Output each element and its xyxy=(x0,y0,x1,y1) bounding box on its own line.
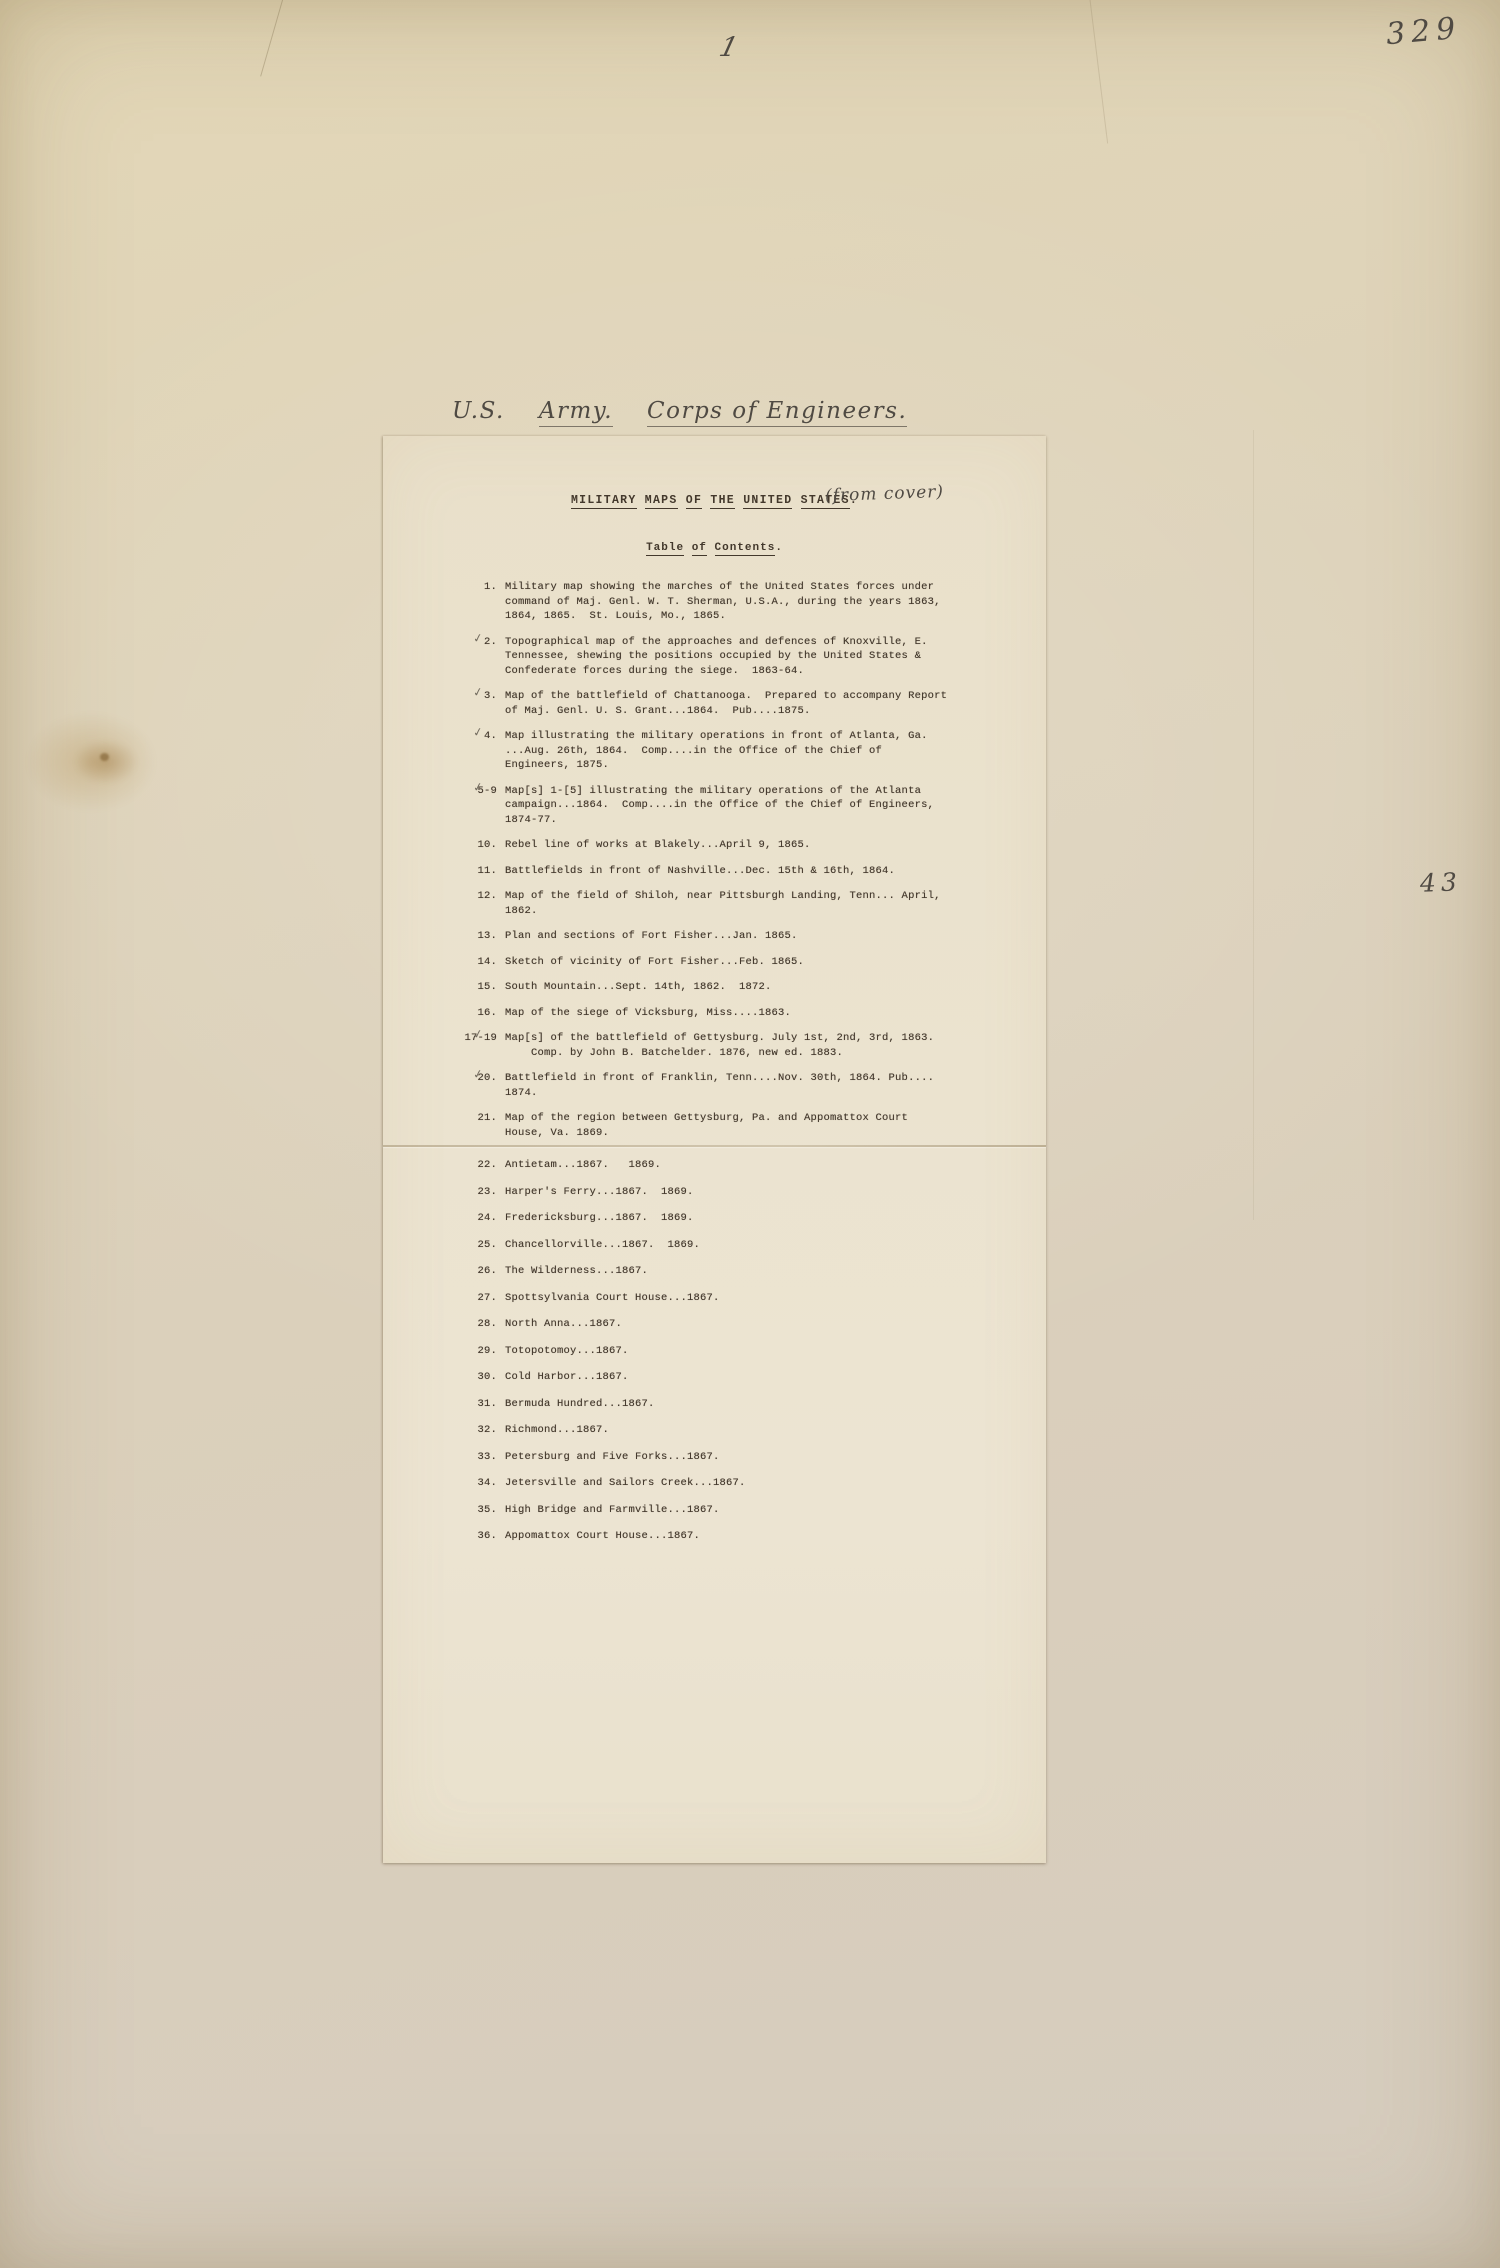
entry-text: Bermuda Hundred...1867. xyxy=(505,1397,655,1412)
entry-text: Battlefields in front of Nashville...Dec… xyxy=(505,864,895,879)
entry-number: 27. xyxy=(455,1291,505,1306)
paper-crease xyxy=(260,0,285,76)
handwritten-army: Army. xyxy=(539,398,613,427)
toc-entry: 21.Map of the region between Gettysburg,… xyxy=(455,1111,1015,1140)
toc-entry: 23.Harper's Ferry...1867. 1869. xyxy=(455,1185,1015,1200)
entry-number: 25. xyxy=(455,1238,505,1253)
underlined-word: MILITARY xyxy=(571,494,637,509)
entry-text: North Anna...1867. xyxy=(505,1317,622,1332)
toc-entry: 10.Rebel line of works at Blakely...Apri… xyxy=(455,838,1015,853)
entry-number: 11. xyxy=(455,864,505,879)
toc-entry: ✓5-9Map[s] 1-[5] illustrating the milita… xyxy=(455,784,1015,828)
entry-text: Battlefield in front of Franklin, Tenn..… xyxy=(505,1071,934,1100)
underlined-word: OF xyxy=(686,494,702,509)
entry-text: Sketch of vicinity of Fort Fisher...Feb.… xyxy=(505,955,804,970)
checkmark-icon: ✓ xyxy=(472,1066,484,1082)
handwritten-corps: Corps of Engineers. xyxy=(647,398,907,427)
toc-entry: 36.Appomattox Court House...1867. xyxy=(455,1529,1015,1544)
entry-text: Map of the siege of Vicksburg, Miss....1… xyxy=(505,1006,791,1021)
handwritten-corner-number: 329 xyxy=(1385,11,1463,52)
entry-text: Fredericksburg...1867. 1869. xyxy=(505,1211,694,1226)
paper-stain xyxy=(100,753,109,761)
checkmark-icon: ✓ xyxy=(472,1026,484,1042)
toc-entry: ✓20.Battlefield in front of Franklin, Te… xyxy=(455,1071,1015,1100)
toc-entry: 22.Antietam...1867. 1869. xyxy=(455,1158,1015,1173)
title-note: (from cover) xyxy=(825,482,945,506)
entry-number: 15. xyxy=(455,980,505,995)
paper-crease xyxy=(1253,430,1254,1220)
pasted-sheet: MILITARY MAPS OF THE UNITED STATES. (fro… xyxy=(383,436,1046,1863)
checkmark-icon: ✓ xyxy=(472,724,484,740)
checkmark-icon: ✓ xyxy=(472,684,484,700)
toc-entry: 27.Spottsylvania Court House...1867. xyxy=(455,1291,1015,1306)
entry-text: Appomattox Court House...1867. xyxy=(505,1529,700,1544)
entry-text: Totopotomoy...1867. xyxy=(505,1344,629,1359)
toc-entry: 33.Petersburg and Five Forks...1867. xyxy=(455,1450,1015,1465)
entry-number: 12. xyxy=(455,889,505,918)
toc-entry: 34.Jetersville and Sailors Creek...1867. xyxy=(455,1476,1015,1491)
entry-number: 23. xyxy=(455,1185,505,1200)
entry-number: 35. xyxy=(455,1503,505,1518)
checkmark-icon: ✓ xyxy=(472,779,484,795)
underlined-word: of xyxy=(692,542,707,556)
toc-entry: 30.Cold Harbor...1867. xyxy=(455,1370,1015,1385)
toc-entry: 1.Military map showing the marches of th… xyxy=(455,580,1015,624)
entry-number: 16. xyxy=(455,1006,505,1021)
entry-text: Plan and sections of Fort Fisher...Jan. … xyxy=(505,929,798,944)
underlined-word: THE xyxy=(710,494,735,509)
paper-crease xyxy=(1089,0,1108,144)
entry-number: 29. xyxy=(455,1344,505,1359)
entry-number: 36. xyxy=(455,1529,505,1544)
handwritten-side-number: 43 xyxy=(1420,867,1463,897)
entry-number: 21. xyxy=(455,1111,505,1140)
entry-text: Map of the region between Gettysburg, Pa… xyxy=(505,1111,908,1140)
entry-text: High Bridge and Farmville...1867. xyxy=(505,1503,720,1518)
toc-entry: 24.Fredericksburg...1867. 1869. xyxy=(455,1211,1015,1226)
entry-text: Military map showing the marches of the … xyxy=(505,580,941,624)
entry-number: 26. xyxy=(455,1264,505,1279)
toc-entry: ✓17-19Map[s] of the battlefield of Getty… xyxy=(455,1031,1015,1060)
entry-number: 10. xyxy=(455,838,505,853)
toc-entries-lower: 22.Antietam...1867. 1869.23.Harper's Fer… xyxy=(455,1158,1015,1556)
handwritten-page-number: 1 xyxy=(716,32,741,63)
entry-number: 24. xyxy=(455,1211,505,1226)
toc-entry: 35.High Bridge and Farmville...1867. xyxy=(455,1503,1015,1518)
entry-number: 14. xyxy=(455,955,505,970)
entry-number: 30. xyxy=(455,1370,505,1385)
entry-text: Map illustrating the military operations… xyxy=(505,729,928,773)
entry-number: 34. xyxy=(455,1476,505,1491)
entry-number: 31. xyxy=(455,1397,505,1412)
entry-text: Antietam...1867. 1869. xyxy=(505,1158,661,1173)
entry-text: Map of the battlefield of Chattanooga. P… xyxy=(505,689,947,718)
toc-entry: 15.South Mountain...Sept. 14th, 1862. 18… xyxy=(455,980,1015,995)
toc-entry: 14.Sketch of vicinity of Fort Fisher...F… xyxy=(455,955,1015,970)
entry-text: Jetersville and Sailors Creek...1867. xyxy=(505,1476,746,1491)
underlined-word: Table xyxy=(646,542,684,556)
toc-entry: 11.Battlefields in front of Nashville...… xyxy=(455,864,1015,879)
toc-entry: 29.Totopotomoy...1867. xyxy=(455,1344,1015,1359)
underlined-word: UNITED xyxy=(743,494,792,509)
scanned-page: U.S.Army.Corps of Engineers. " 1 329 43 … xyxy=(0,0,1500,2268)
toc-entry: ✓4.Map illustrating the military operati… xyxy=(455,729,1015,773)
entry-number: 22. xyxy=(455,1158,505,1173)
toc-entry: 26.The Wilderness...1867. xyxy=(455,1264,1015,1279)
entry-text: Petersburg and Five Forks...1867. xyxy=(505,1450,720,1465)
toc-entry: ✓2.Topographical map of the approaches a… xyxy=(455,635,1015,679)
entry-text: Harper's Ferry...1867. 1869. xyxy=(505,1185,694,1200)
toc-entries-upper: 1.Military map showing the marches of th… xyxy=(455,580,1015,1151)
entry-number: 28. xyxy=(455,1317,505,1332)
entry-text: Richmond...1867. xyxy=(505,1423,609,1438)
toc-entry: 31.Bermuda Hundred...1867. xyxy=(455,1397,1015,1412)
entry-text: Map of the field of Shiloh, near Pittsbu… xyxy=(505,889,941,918)
handwritten-us: U.S. xyxy=(452,398,505,424)
toc-entry: ✓3.Map of the battlefield of Chattanooga… xyxy=(455,689,1015,718)
entry-text: South Mountain...Sept. 14th, 1862. 1872. xyxy=(505,980,772,995)
entry-number: 13. xyxy=(455,929,505,944)
entry-text: Spottsylvania Court House...1867. xyxy=(505,1291,720,1306)
document-title: MILITARY MAPS OF THE UNITED STATES. xyxy=(383,494,1046,507)
entry-text: Cold Harbor...1867. xyxy=(505,1370,629,1385)
paper-stain xyxy=(74,740,138,784)
entry-text: Map[s] 1-[5] illustrating the military o… xyxy=(505,784,934,828)
entry-number: 33. xyxy=(455,1450,505,1465)
underlined-word: Contents xyxy=(715,542,776,556)
handwritten-header: U.S.Army.Corps of Engineers. xyxy=(452,398,907,424)
underlined-word: MAPS xyxy=(645,494,678,509)
entry-text: Topographical map of the approaches and … xyxy=(505,635,928,679)
toc-entry: 28.North Anna...1867. xyxy=(455,1317,1015,1332)
toc-entry: 16.Map of the siege of Vicksburg, Miss..… xyxy=(455,1006,1015,1021)
entry-number: 32. xyxy=(455,1423,505,1438)
table-of-contents-heading: Table of Contents. xyxy=(383,542,1046,554)
entry-text: The Wilderness...1867. xyxy=(505,1264,648,1279)
entry-text: Map[s] of the battlefield of Gettysburg.… xyxy=(505,1031,934,1060)
toc-entry: 13.Plan and sections of Fort Fisher...Ja… xyxy=(455,929,1015,944)
toc-entry: 32.Richmond...1867. xyxy=(455,1423,1015,1438)
checkmark-icon: ✓ xyxy=(472,630,484,646)
entry-text: Chancellorville...1867. 1869. xyxy=(505,1238,700,1253)
toc-entry: 25.Chancellorville...1867. 1869. xyxy=(455,1238,1015,1253)
entry-number: 1. xyxy=(455,580,505,624)
entry-text: Rebel line of works at Blakely...April 9… xyxy=(505,838,811,853)
toc-entry: 12.Map of the field of Shiloh, near Pitt… xyxy=(455,889,1015,918)
